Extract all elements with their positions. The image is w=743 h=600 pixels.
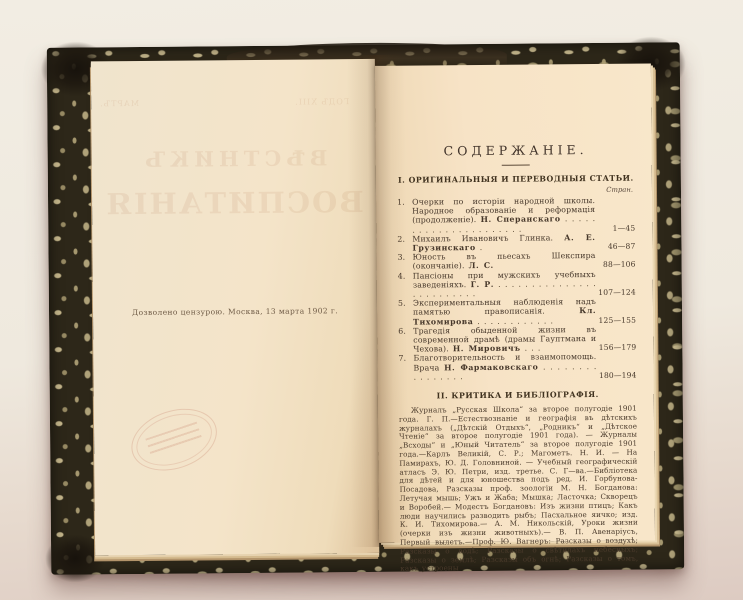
toc-item: 4. Пансіоны при мужскихъ учебныхъ заведе…	[398, 269, 636, 299]
toc-item-pages: 180—194	[599, 370, 637, 380]
censorship-permission-line: Дозволено цензурою. Москва, 13 марта 190…	[93, 306, 377, 317]
toc-item-text: Пансіоны при мужскихъ учебныхъ заведенія…	[413, 270, 596, 299]
left-page: ГОДЪ XIII. МАРТЪ. ВѢСТНИКЪ ВОСПИТАНІЯ До…	[91, 59, 379, 555]
toc-item: 3. Юность въ пьесахъ Шекспира (окончаніе…	[398, 251, 636, 271]
pages-column-header: Стран.	[397, 186, 633, 196]
toc-item-number: 5.	[398, 299, 411, 327]
toc-item-number: 7.	[398, 354, 411, 382]
toc-item-pages: 125—155	[598, 315, 636, 325]
toc-item: 2. Михаилъ Ивановичъ Глинка. А. Е. Грузи…	[397, 232, 635, 252]
page-title: СОДЕРЖАНІЕ.	[397, 142, 635, 159]
toc-item: 7. Благотворительность и взаимопомощь. В…	[398, 352, 636, 382]
toc-item-text: Благотворительность и взаимопомощь. Врач…	[413, 352, 596, 381]
toc-item-number: 3.	[398, 253, 411, 272]
toc-item-author: Л. С.	[469, 261, 494, 270]
toc-item: 1. Очерки по исторіи народной школы. Нар…	[397, 196, 635, 235]
toc-item-number: 2.	[397, 234, 410, 253]
section1-heading: I. ОРИГИНАЛЬНЫЯ И ПЕРЕВОДНЫЯ СТАТЬИ.	[397, 174, 635, 185]
toc-item-pages: 107—124	[598, 288, 636, 298]
toc-item-pages: 88—106	[598, 260, 636, 270]
toc-item-author: Н. Мировичъ	[453, 344, 521, 354]
toc-item-title: Юность въ пьесахъ Шекспира (окончаніе).	[413, 251, 596, 271]
marbled-book-cover: ГОДЪ XIII. МАРТЪ. ВѢСТНИКЪ ВОСПИТАНІЯ До…	[47, 42, 685, 575]
toc-item-text: Очерки по исторіи народной школы. Народн…	[412, 196, 595, 234]
toc-item-text: Экспериментальныя наблюденія надъ память…	[413, 297, 596, 326]
toc-item-text: Юность въ пьесахъ Шекспира (окончаніе). …	[413, 251, 596, 271]
toc-item-pages: 1—45	[597, 223, 635, 233]
contents-text-block: СОДЕРЖАНІЕ. I. ОРИГИНАЛЬНЫЯ И ПЕРЕВОДНЫЯ…	[396, 64, 638, 574]
toc-item-pages: 46—87	[597, 242, 635, 252]
toc-item-pages: 156—179	[598, 343, 636, 353]
right-page: СОДЕРЖАНІЕ. I. ОРИГИНАЛЬНЫЯ И ПЕРЕВОДНЫЯ…	[375, 64, 655, 543]
toc-item-author: Н. Сперанскаго	[481, 215, 561, 225]
bibliography-paragraph: Журналъ „Русская Школа“ за второе полуго…	[399, 405, 638, 574]
toc-item-number: 6.	[398, 326, 411, 354]
bleedthrough-journal-title-line1: ВѢСТНИКЪ	[92, 145, 376, 172]
toc-item-number: 4.	[398, 271, 411, 299]
bleedthrough-year: ГОДЪ XIII.	[294, 97, 349, 106]
toc-item-number: 1.	[397, 198, 410, 235]
oval-stamp-bleedthrough	[123, 398, 225, 481]
bleedthrough-masthead: ГОДЪ XIII. МАРТЪ.	[99, 97, 349, 108]
bleedthrough-journal-title-line2: ВОСПИТАНІЯ	[92, 185, 376, 221]
photo-of-open-book: ГОДЪ XIII. МАРТЪ. ВѢСТНИКЪ ВОСПИТАНІЯ До…	[0, 0, 743, 600]
toc-item: 6. Трагедія обыденной жизни въ современн…	[398, 324, 636, 354]
toc-leader-dots: .	[480, 243, 483, 252]
toc-leader-dots: . . . . . . . . . . . .	[477, 316, 553, 326]
toc-item-author: Г. Р.	[471, 280, 494, 289]
bleedthrough-month: МАРТЪ.	[99, 99, 139, 108]
toc-item-text: Михаилъ Ивановичъ Глинка. А. Е. Грузинск…	[412, 233, 595, 253]
toc-leader-dots: . . .	[525, 344, 541, 353]
ornamental-rule	[502, 165, 530, 166]
toc-item-title: Михаилъ Ивановичъ Глинка.	[412, 233, 553, 243]
toc-item-author: Н. Фармаковскаго	[444, 362, 538, 372]
toc-item-title: Экспериментальныя наблюденія надъ память…	[413, 297, 596, 317]
toc-item: 5. Экспериментальныя наблюденія надъ пам…	[398, 297, 636, 327]
section2-heading: II. КРИТИКА И БИБЛІОГРАФІЯ.	[399, 390, 637, 401]
toc-item-text: Трагедія обыденной жизни въ современной …	[413, 325, 596, 354]
